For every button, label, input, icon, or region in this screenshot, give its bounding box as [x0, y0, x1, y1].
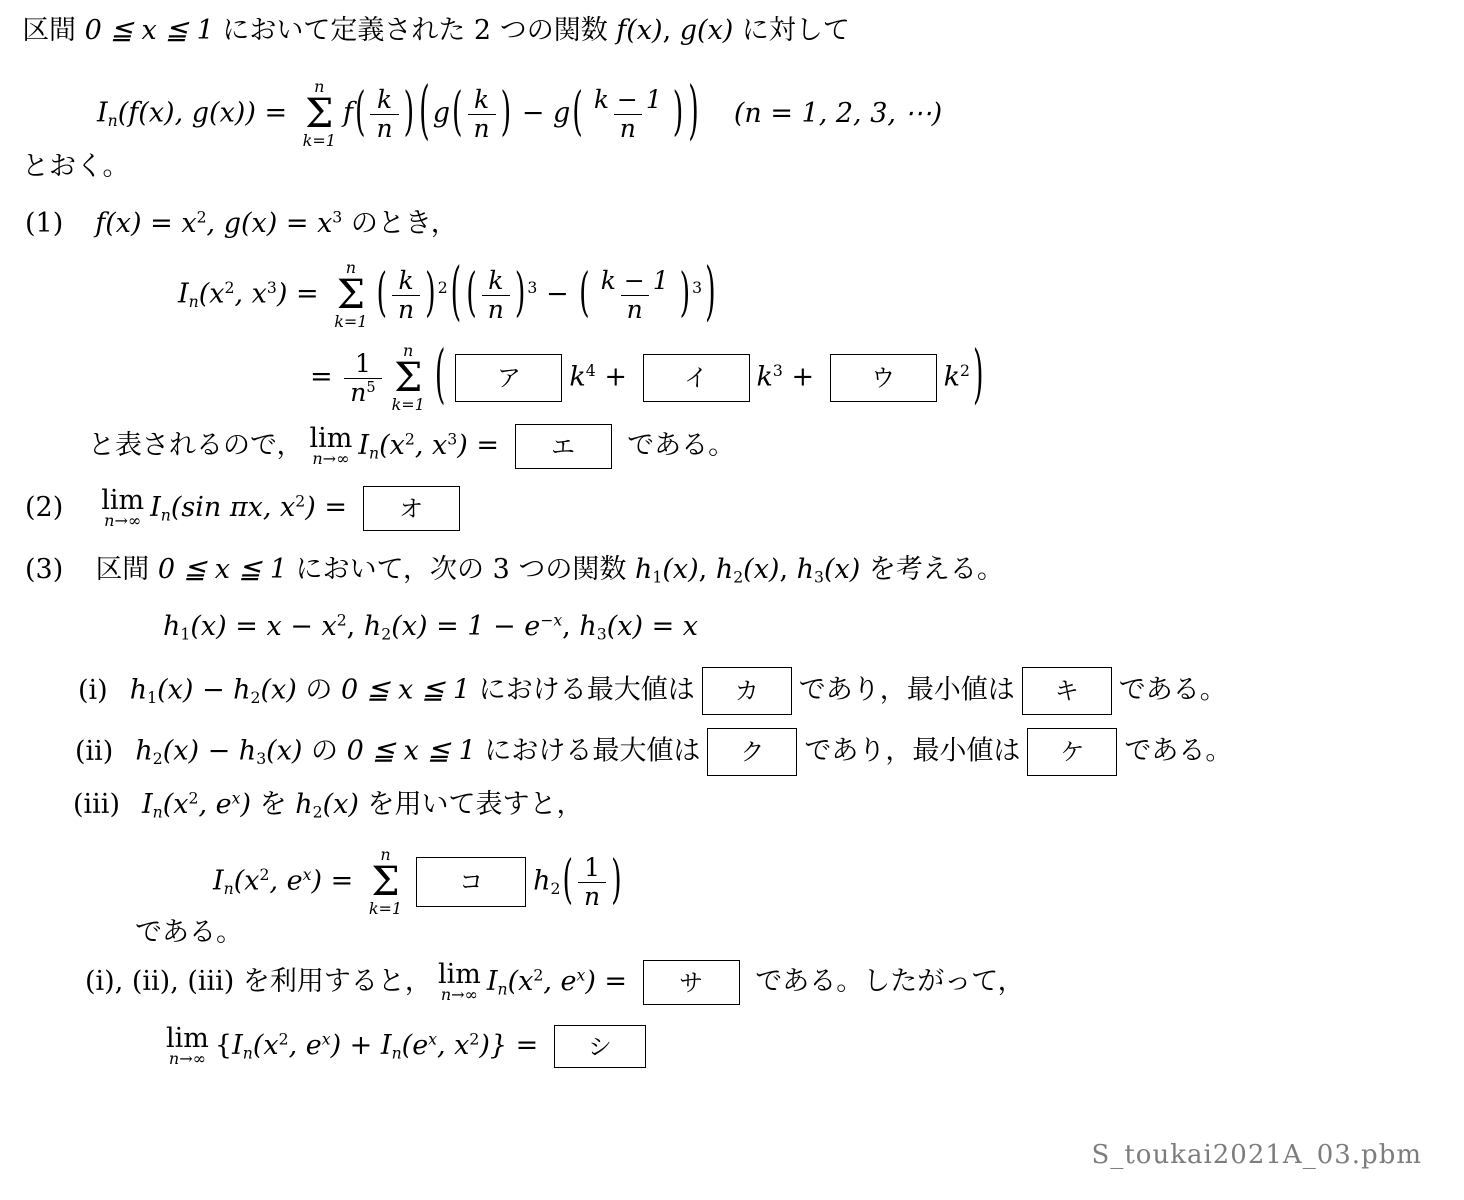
exponent-2: 2 — [295, 491, 305, 510]
h-var: h — [239, 736, 256, 767]
answer-box-ku: ク — [707, 728, 797, 776]
outer-paren-close: ) — [973, 328, 984, 427]
I-var: I — [487, 966, 498, 997]
fraction-numerator: 1 — [578, 854, 606, 882]
h-args: (x) — [824, 554, 860, 585]
plus-sign: + — [783, 362, 823, 393]
big-paren-open: ( — [452, 72, 463, 154]
h2-definition: (x) = 1 − e — [391, 611, 540, 642]
n-subscript: n — [243, 1043, 253, 1062]
item-number-iii: (iii) — [73, 789, 120, 820]
comma: , — [347, 611, 364, 642]
fraction-km1-over-n: k − 1n — [588, 86, 668, 142]
part1-formula-expansion: In(x2, x3) = nΣk=1(kn)2((kn)3 − (k − 1n)… — [178, 260, 719, 330]
item-number-i: (i) — [78, 675, 108, 706]
I-var: I — [232, 1030, 243, 1061]
lim-subscript: n→∞ — [169, 1051, 206, 1068]
exponent-2: 2 — [438, 278, 448, 297]
subscript-2: 2 — [153, 749, 163, 768]
item-number-ii: (ii) — [75, 736, 113, 767]
p3-jp-1: 区間 — [95, 554, 158, 585]
exponent-2: 2 — [533, 965, 543, 984]
n-subscript: n — [189, 292, 199, 311]
limit-operator: limn→∞ — [101, 487, 144, 530]
args-open: (e — [402, 1030, 429, 1061]
dearu-sentence: である。 — [135, 912, 243, 954]
fraction-numerator: 1 — [349, 350, 377, 378]
interval-expression: 0 ≦ x ≦ 1 — [347, 736, 476, 767]
k-var: k — [569, 362, 585, 393]
args-mid: , e — [270, 866, 303, 897]
fraction-denominator: n — [370, 114, 398, 143]
exponent-2: 2 — [197, 207, 207, 226]
lim-subscript: n→∞ — [104, 513, 141, 530]
h-var: h — [635, 554, 652, 585]
big-paren-open: ( — [376, 253, 387, 335]
exponent-2: 2 — [279, 1029, 289, 1048]
answer-box-shi: シ — [554, 1025, 646, 1068]
exponent-3: 3 — [692, 278, 702, 297]
args-close: ) = — [312, 866, 362, 897]
summation-sigma: nΣk=1 — [392, 343, 425, 413]
h-args: (x) — [743, 554, 779, 585]
subscript-1: 1 — [147, 688, 157, 707]
sigma-symbol: Σ — [305, 95, 333, 133]
exponent-3: 3 — [773, 361, 783, 380]
intro-jp-1: 区間 — [22, 15, 85, 46]
dearu-text: である。 — [1124, 736, 1232, 767]
g-var: g — [433, 98, 450, 129]
interval-expression: 0 ≦ x ≦ 1 — [158, 554, 287, 585]
I-var: I — [97, 98, 108, 129]
n-subscript: n — [369, 443, 379, 462]
h-function-definitions: h1(x) = x − x2, h2(x) = 1 − e−x, h3(x) =… — [163, 606, 698, 648]
big-paren-close: ) — [501, 72, 512, 154]
sum-lower-limit: k=1 — [334, 314, 367, 330]
subscript-2: 2 — [733, 567, 743, 586]
big-paren-open: ( — [355, 72, 366, 154]
big-paren-open: ( — [572, 72, 583, 154]
lim-subscript: n→∞ — [312, 451, 349, 468]
fx-equals: f(x) = x — [95, 208, 196, 239]
subscript-3: 3 — [597, 624, 607, 643]
exponent-x: x — [576, 965, 585, 984]
fraction-k-over-n: kn — [370, 86, 398, 142]
h1-definition: (x) = x − x — [190, 611, 336, 642]
exponent-3: 3 — [332, 207, 342, 226]
sigma-symbol: Σ — [394, 359, 422, 397]
fraction-numerator: k — [482, 267, 509, 295]
h-args: (x) — [266, 736, 302, 767]
fraction-numerator: k — [371, 86, 398, 114]
answer-box-ki: キ — [1022, 667, 1112, 715]
min-label: であり，最小値は — [804, 736, 1020, 767]
fraction-numerator: k — [393, 267, 420, 295]
exponent-2: 2 — [960, 361, 970, 380]
args-mid: , e — [543, 966, 576, 997]
exponent-x: x — [303, 865, 312, 884]
dearu-text: である。 — [619, 430, 736, 461]
exponent-2: 2 — [189, 788, 199, 807]
exponent-x: x — [322, 1029, 331, 1048]
n-condition: (n = 1, 2, 3, ⋯) — [734, 98, 942, 129]
g-of-x: g(x) — [680, 15, 734, 46]
big-paren-close: ) — [404, 72, 415, 154]
item-number-2: (2) — [25, 492, 63, 523]
I-var: I — [178, 279, 189, 310]
toku-text: とおく。 — [22, 151, 129, 182]
dearu-text: である。 — [1119, 675, 1227, 706]
big-paren-close: ) — [680, 253, 691, 335]
args-open: (x — [199, 279, 225, 310]
sigma-symbol: Σ — [371, 863, 399, 901]
args-close: ) = — [305, 492, 355, 523]
subscript-2: 2 — [551, 879, 561, 898]
fraction-denominator: n — [482, 295, 510, 324]
args-open: (x — [508, 966, 534, 997]
n-subscript: n — [497, 979, 507, 998]
mochiite-text: を用いて表すと， — [359, 789, 584, 820]
shitagatte-text: である。したがって， — [747, 966, 1025, 997]
comma: , — [663, 15, 680, 46]
comma: , — [562, 611, 579, 642]
limit-operator: limn→∞ — [166, 1025, 209, 1068]
fraction-k-over-n: kn — [482, 267, 510, 323]
fraction-k-over-n: kn — [392, 267, 420, 323]
n-subscript: n — [224, 879, 234, 898]
part2-line: (2)limn→∞In(sin πx, x2) = オ — [25, 486, 467, 531]
h-var: h — [233, 675, 250, 706]
outer-paren-close: ) — [688, 64, 699, 163]
fraction-denominator: n — [468, 114, 496, 143]
answer-box-u: ウ — [830, 354, 937, 402]
intro-jp-2: において定義された 2 つの関数 — [214, 15, 617, 46]
item-number-1: (1) — [25, 208, 63, 239]
difference-mid: (x) − — [157, 675, 233, 706]
minus-sign: − — [513, 98, 553, 129]
answer-box-i: イ — [643, 354, 750, 402]
fraction-denominator: n — [614, 114, 642, 143]
exponent-minus-x: −x — [540, 610, 562, 629]
h-var: h — [579, 611, 596, 642]
fraction-denominator: n — [392, 295, 420, 324]
no-text: の — [302, 736, 346, 767]
subscript-1: 1 — [180, 624, 190, 643]
h-args: (x) — [261, 675, 297, 706]
h-var: h — [716, 554, 733, 585]
summation-sigma: nΣk=1 — [334, 260, 367, 330]
exponent-2: 2 — [260, 865, 270, 884]
f-var: f — [343, 98, 353, 129]
subitem-i-line: (i)h1(x) − h2(x) の 0 ≦ x ≦ 1 における最大値はカであ… — [78, 667, 1227, 715]
answer-box-o: オ — [363, 486, 460, 531]
I-var: I — [358, 430, 369, 461]
h-var: h — [295, 789, 312, 820]
p3-jp-3: を考える。 — [860, 554, 1004, 585]
part1-heading: (1)f(x) = x2, g(x) = x3 のとき， — [25, 203, 458, 245]
final-limit-formula: limn→∞{In(x2, ex) + In(ex, x2)} = シ — [160, 1025, 653, 1068]
lim-subscript: n→∞ — [441, 987, 478, 1004]
subitem-ii-line: (ii)h2(x) − h3(x) の 0 ≦ x ≦ 1 における最大値はクで… — [75, 728, 1232, 776]
summation-sigma: nΣk=1 — [303, 79, 336, 149]
answer-box-e: エ — [515, 424, 612, 469]
args-close: ) = — [277, 279, 327, 310]
fraction-numerator: k − 1 — [588, 86, 668, 114]
subscript-1: 1 — [652, 567, 662, 586]
big-paren-open: ( — [562, 840, 573, 922]
args-close-plus: ) + — [331, 1030, 381, 1061]
answer-box-a: ア — [455, 354, 562, 402]
args-open: (x — [379, 430, 405, 461]
args-mid: , x — [415, 430, 447, 461]
exponent-3: 3 — [267, 278, 277, 297]
brace-close-equals: )} = — [479, 1030, 547, 1061]
min-label: であり，最小値は — [799, 675, 1015, 706]
sin-args: (sin πx, x — [171, 492, 295, 523]
part1-formula-boxes: = 1n5nΣk=1(アk4 + イk3 + ウk2) — [310, 343, 987, 413]
exponent-3: 3 — [447, 429, 457, 448]
args-mid: , e — [289, 1030, 322, 1061]
subscript-2: 2 — [381, 624, 391, 643]
intro-jp-3: に対して — [733, 15, 850, 46]
args-close: ) = — [585, 966, 635, 997]
dearu-text: である。 — [135, 917, 243, 948]
fraction-denominator: n — [578, 882, 606, 911]
args-mid: , e — [198, 789, 231, 820]
k-var: k — [944, 362, 960, 393]
answer-box-ke: ケ — [1027, 728, 1117, 776]
summary-sentence: (i), (ii), (iii) を利用すると，limn→∞In(x2, ex)… — [85, 960, 1025, 1005]
args-close: ) = — [457, 430, 507, 461]
outer-paren-open: ( — [451, 245, 462, 344]
I-var: I — [150, 492, 161, 523]
fraction-denominator: n5 — [344, 378, 381, 407]
part3-heading: (3)区間 0 ≦ x ≦ 1 において，次の 3 つの関数 h1(x), h2… — [25, 549, 1004, 591]
fraction-k-over-n: kn — [468, 86, 496, 142]
wo-text: を — [251, 789, 295, 820]
subscript-3: 3 — [256, 749, 266, 768]
fraction-numerator: k — [468, 86, 495, 114]
outer-paren-open: ( — [419, 64, 430, 163]
comma: , — [699, 554, 716, 585]
h-var: h — [130, 675, 147, 706]
g-var: g — [553, 98, 570, 129]
outer-paren-close: ) — [705, 245, 716, 344]
max-label: における最大値は — [476, 736, 701, 767]
h-var: h — [364, 611, 381, 642]
n-subscript: n — [161, 505, 171, 524]
riyou-text: (i), (ii), (iii) を利用すると， — [85, 966, 432, 997]
I-var: I — [142, 789, 153, 820]
exponent-x: x — [428, 1029, 437, 1048]
gx-equals: , g(x) = x — [207, 208, 333, 239]
h-var: h — [797, 554, 814, 585]
exponent-2: 2 — [405, 429, 415, 448]
I-var: I — [381, 1030, 392, 1061]
fraction-denominator: n — [621, 295, 649, 324]
exponent-4: 4 — [586, 361, 596, 380]
subitem-iii-formula: In(x2, ex) = nΣk=1コh2(1n) — [213, 847, 624, 917]
intro-sentence: 区間 0 ≦ x ≦ 1 において定義された 2 つの関数 f(x), g(x)… — [22, 10, 850, 52]
brace-open: { — [215, 1030, 232, 1061]
p3-jp-2: において，次の 3 つの関数 — [287, 554, 635, 585]
h-args: (x) — [662, 554, 698, 585]
sum-lower-limit: k=1 — [392, 397, 425, 413]
h3-definition: (x) = x — [607, 611, 698, 642]
no-text: の — [297, 675, 341, 706]
toku-sentence: とおく。 — [22, 146, 129, 188]
limit-operator: limn→∞ — [438, 961, 481, 1004]
sum-lower-limit: k=1 — [303, 133, 336, 149]
h-var: h — [163, 611, 180, 642]
exponent-2: 2 — [225, 278, 235, 297]
outer-paren-open: ( — [435, 328, 446, 427]
args-mid: , x — [437, 1030, 469, 1061]
exponent-2: 2 — [469, 1029, 479, 1048]
subscript-2: 2 — [251, 688, 261, 707]
big-paren-open: ( — [466, 253, 477, 335]
big-paren-close: ) — [611, 840, 622, 922]
answer-box-ka: カ — [702, 667, 792, 715]
comma: , — [779, 554, 796, 585]
definition-formula: In(f(x), g(x)) = nΣk=1f(kn)(g(kn) − g(k … — [97, 79, 942, 149]
answer-box-ko: コ — [416, 857, 526, 907]
item-number-3: (3) — [25, 554, 63, 585]
big-paren-close: ) — [515, 253, 526, 335]
interval-expression: 0 ≦ x ≦ 1 — [85, 15, 214, 46]
subscript-2: 2 — [313, 802, 323, 821]
fraction-numerator: k − 1 — [595, 267, 675, 295]
big-paren-close: ) — [673, 72, 684, 154]
n-subscript: n — [392, 1043, 402, 1062]
k-var: k — [757, 362, 773, 393]
args-open: (x — [163, 789, 189, 820]
fraction-1-over-n5: 1n5 — [344, 350, 381, 406]
subitem-iii-heading: (iii)In(x2, ex) を h2(x) を用いて表すと， — [73, 784, 583, 826]
footer-filename: S_toukai2021A_03.pbm — [1092, 1140, 1422, 1170]
araawasareru-text: と表されるので， — [88, 430, 303, 461]
n-subscript: n — [153, 802, 163, 821]
def-lhs-rest: (f(x), g(x)) = — [118, 98, 296, 129]
big-paren-open: ( — [579, 253, 590, 335]
h-args: (x) — [323, 789, 359, 820]
sum-lower-limit: k=1 — [369, 901, 402, 917]
fraction-km1-over-n: k − 1n — [595, 267, 675, 323]
f-of-x: f(x) — [616, 15, 662, 46]
equals-sign: = — [310, 362, 341, 393]
interval-expression: 0 ≦ x ≦ 1 — [341, 675, 470, 706]
summation-sigma: nΣk=1 — [369, 847, 402, 917]
n-subscript: n — [108, 111, 118, 130]
exponent-5: 5 — [366, 380, 375, 396]
n-var: n — [350, 378, 366, 407]
exponent-3: 3 — [527, 278, 537, 297]
h-var: h — [135, 736, 152, 767]
answer-box-sa: サ — [643, 960, 740, 1005]
exponent-2: 2 — [337, 610, 347, 629]
args-open: (x — [253, 1030, 279, 1061]
notoki-text: のとき， — [342, 208, 458, 239]
big-paren-close: ) — [425, 253, 436, 335]
difference-mid: (x) − — [163, 736, 239, 767]
plus-sign: + — [596, 362, 636, 393]
args-mid: , x — [235, 279, 267, 310]
minus-sign: − — [537, 279, 577, 310]
h-var: h — [533, 866, 550, 897]
sigma-symbol: Σ — [337, 276, 365, 314]
part1-limit-sentence: と表されるので，limn→∞In(x2, x3) = エ である。 — [88, 424, 735, 469]
fraction-1-over-n: 1n — [578, 854, 606, 910]
max-label: における最大値は — [470, 675, 695, 706]
args-close: ) — [240, 789, 251, 820]
I-var: I — [213, 866, 224, 897]
limit-operator: limn→∞ — [309, 425, 352, 468]
subscript-3: 3 — [814, 567, 824, 586]
args-open: (x — [234, 866, 260, 897]
